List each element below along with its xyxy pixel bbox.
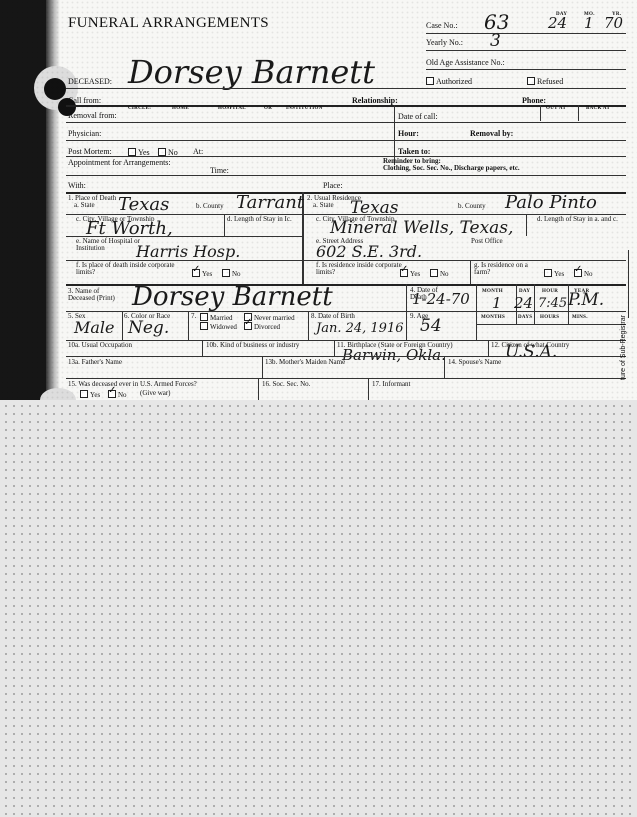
binder-strip bbox=[0, 0, 52, 400]
hospital-label: HOSPITAL bbox=[218, 106, 246, 111]
divorced-checkbox[interactable]: Divorced bbox=[244, 322, 280, 331]
res-farm-yes[interactable]: Yes bbox=[544, 269, 564, 278]
res-length-label: d. Length of Stay in a. and c. bbox=[537, 216, 622, 223]
divorced-label: Divorced bbox=[254, 323, 280, 331]
age-value: 54 bbox=[420, 318, 442, 335]
married-label: Married bbox=[210, 314, 233, 322]
divider bbox=[526, 214, 527, 236]
no-label: No bbox=[118, 391, 127, 399]
never-married-label: Never married bbox=[254, 314, 295, 322]
place-label: Place: bbox=[323, 182, 343, 190]
deceased-name: Dorsey Barnett bbox=[128, 56, 375, 88]
soc-sec-label: 16. Soc. Sec. No. bbox=[262, 381, 310, 388]
divider bbox=[628, 250, 629, 318]
res-street-value: 602 S.E. 3rd. bbox=[316, 244, 422, 260]
call-month: 1 bbox=[584, 16, 594, 31]
divider bbox=[444, 356, 445, 378]
hour-label: Hour: bbox=[398, 130, 419, 138]
yes-label: Yes bbox=[202, 270, 212, 278]
divider bbox=[202, 340, 203, 356]
age-months-header: MONTHS bbox=[481, 315, 505, 320]
no-label: No bbox=[584, 270, 593, 278]
business-label: 10b. Kind of business or industry bbox=[206, 342, 299, 349]
with-label: With: bbox=[68, 182, 86, 190]
name-print-value: Dorsey Barnett bbox=[132, 284, 333, 310]
pod-corporate-yes[interactable]: Yes bbox=[192, 269, 212, 278]
dod-hour-value: 7:45 bbox=[538, 297, 567, 310]
armed-forces-label: 15. Was deceased ever in U.S. Armed Forc… bbox=[68, 381, 197, 388]
res-county-label: b. County bbox=[458, 203, 486, 210]
divider bbox=[476, 284, 477, 340]
out-at-label: OUT AT bbox=[546, 106, 566, 111]
call-day: 24 bbox=[548, 16, 567, 31]
divider bbox=[406, 284, 407, 340]
call-from-label: Call from: bbox=[68, 97, 101, 105]
divider bbox=[66, 356, 626, 357]
armed-forces-no[interactable]: No bbox=[108, 390, 127, 399]
yes-label: Yes bbox=[90, 391, 100, 399]
dod-month-value: 1 bbox=[492, 296, 502, 311]
at-label: At: bbox=[193, 148, 203, 156]
post-mortem-label: Post Mortem: bbox=[68, 148, 112, 156]
divider bbox=[188, 311, 189, 340]
refused-label: Refused bbox=[537, 77, 563, 86]
authorized-checkbox[interactable]: Authorized bbox=[426, 77, 472, 86]
res-county-value: Palo Pinto bbox=[505, 194, 597, 212]
dob-value: Jan. 24, 1916 bbox=[316, 322, 404, 335]
divider bbox=[224, 214, 225, 236]
citizen-value: U.S.A. bbox=[505, 344, 557, 361]
age-hours-header: HOURS bbox=[540, 315, 559, 320]
dob-label: 8. Date of Birth bbox=[311, 313, 355, 320]
occupation-label: 10a. Usual Occupation bbox=[68, 342, 132, 349]
relationship-label: Relationship: bbox=[352, 97, 398, 105]
removal-from-label: Removal from: bbox=[68, 112, 117, 120]
divider bbox=[66, 140, 626, 141]
age-days-header: DAYS bbox=[518, 315, 532, 320]
yes-label: Yes bbox=[554, 270, 564, 278]
home-label: HOME bbox=[172, 106, 189, 111]
res-corporate-no[interactable]: No bbox=[430, 269, 449, 278]
divider bbox=[476, 324, 626, 325]
divider bbox=[534, 284, 535, 324]
divider bbox=[426, 50, 626, 51]
institution-label: INSTITUTION bbox=[286, 106, 323, 111]
dod-ampm-value: P.M. bbox=[568, 292, 604, 309]
divider bbox=[470, 260, 471, 284]
binder-edge bbox=[46, 0, 60, 400]
marital-label: 7. bbox=[191, 313, 196, 320]
time-label: Time: bbox=[210, 167, 229, 175]
mother-label: 13b. Mother's Maiden Name bbox=[265, 359, 345, 366]
pod-corporate-no[interactable]: No bbox=[222, 269, 241, 278]
case-no-label: Case No.: bbox=[426, 22, 458, 30]
widowed-label: Widowed bbox=[210, 323, 237, 331]
no-label: No bbox=[440, 270, 449, 278]
yearly-no-value: 3 bbox=[490, 33, 501, 50]
age-mins-header: MINS. bbox=[572, 315, 588, 320]
authorized-label: Authorized bbox=[436, 77, 472, 86]
widowed-checkbox[interactable]: Widowed bbox=[200, 322, 237, 331]
phone-label: Phone: bbox=[522, 97, 546, 105]
date-of-death-value: 1-24-70 bbox=[412, 292, 470, 307]
divider bbox=[488, 340, 489, 356]
pod-state-label: a. State bbox=[74, 202, 95, 209]
pod-state-value: Texas bbox=[118, 196, 169, 214]
or-label: OR bbox=[264, 106, 272, 111]
father-label: 13a. Father's Name bbox=[68, 359, 122, 366]
funeral-arrangements-form: FUNERAL ARRANGEMENTS Case No.: 63 DAY MO… bbox=[0, 0, 637, 400]
res-city-value: Mineral Wells, Texas, bbox=[330, 220, 513, 237]
divider bbox=[258, 378, 259, 400]
divider bbox=[66, 88, 626, 89]
pod-length-label: d. Length of Stay in Ic. bbox=[227, 216, 297, 223]
pod-county-label: b. County bbox=[196, 203, 224, 210]
res-corporate-label: f. Is residence inside corporate limits? bbox=[316, 262, 406, 276]
divider bbox=[540, 105, 541, 121]
divider bbox=[262, 356, 263, 378]
removal-by-label: Removal by: bbox=[470, 130, 513, 138]
res-state-label: a. State bbox=[313, 202, 334, 209]
form-title: FUNERAL ARRANGEMENTS bbox=[68, 16, 269, 31]
physician-label: Physician: bbox=[68, 130, 101, 138]
dod-hour-header: HOUR bbox=[542, 289, 558, 294]
pod-corporate-label: f. Is place of death inside corporate li… bbox=[76, 262, 176, 276]
taken-to-label: Taken to: bbox=[398, 148, 430, 156]
divider bbox=[308, 311, 309, 340]
divider bbox=[426, 69, 626, 70]
pod-hospital-value: Harris Hosp. bbox=[136, 244, 240, 260]
informant-label: 17. Informant bbox=[372, 381, 411, 388]
divider bbox=[66, 175, 626, 176]
case-no-value: 63 bbox=[484, 12, 509, 32]
spouse-label: 14. Spouse's Name bbox=[448, 359, 501, 366]
yes-label: Yes bbox=[410, 270, 420, 278]
divider bbox=[66, 122, 626, 123]
race-value: Neg. bbox=[128, 320, 169, 337]
res-post-office-label: Post Office bbox=[471, 238, 503, 245]
reminder-items: Clothing, Soc. Sec. No., Discharge paper… bbox=[383, 165, 520, 172]
divider bbox=[66, 378, 626, 379]
divider bbox=[334, 340, 335, 356]
name-print-label: 3. Name of Deceased (Print) bbox=[68, 288, 118, 302]
deceased-label: DECEASED: bbox=[68, 78, 112, 86]
armed-forces-yes[interactable]: Yes bbox=[80, 390, 100, 399]
refused-checkbox[interactable]: Refused bbox=[527, 77, 563, 86]
res-farm-label: g. Is residence on a farm? bbox=[474, 262, 534, 276]
pod-county-value: Tarrant bbox=[236, 194, 304, 212]
divider bbox=[368, 378, 369, 400]
yearly-no-label: Yearly No.: bbox=[426, 39, 463, 47]
dod-day-value: 24 bbox=[514, 296, 533, 311]
sex-value: Male bbox=[74, 320, 115, 336]
divider bbox=[426, 33, 626, 34]
give-war-label: (Give war) bbox=[140, 390, 171, 397]
old-age-label: Old Age Assistance No.: bbox=[426, 59, 505, 67]
sub-registrar-label: ture of Sub-Registrar bbox=[620, 315, 627, 380]
res-corporate-yes[interactable]: Yes bbox=[400, 269, 420, 278]
married-checkbox[interactable]: Married bbox=[200, 313, 233, 322]
back-at-label: BACK AT bbox=[586, 106, 610, 111]
divider bbox=[578, 105, 579, 121]
res-farm-no[interactable]: No bbox=[574, 269, 593, 278]
date-of-call-label: Date of call: bbox=[398, 113, 438, 121]
divider bbox=[66, 156, 626, 157]
no-label: No bbox=[232, 270, 241, 278]
divider bbox=[122, 311, 123, 340]
appointment-label: Appointment for Arrangements: bbox=[68, 159, 171, 167]
circle-label: CIRCLE: bbox=[128, 106, 151, 111]
call-year: 70 bbox=[604, 16, 623, 31]
